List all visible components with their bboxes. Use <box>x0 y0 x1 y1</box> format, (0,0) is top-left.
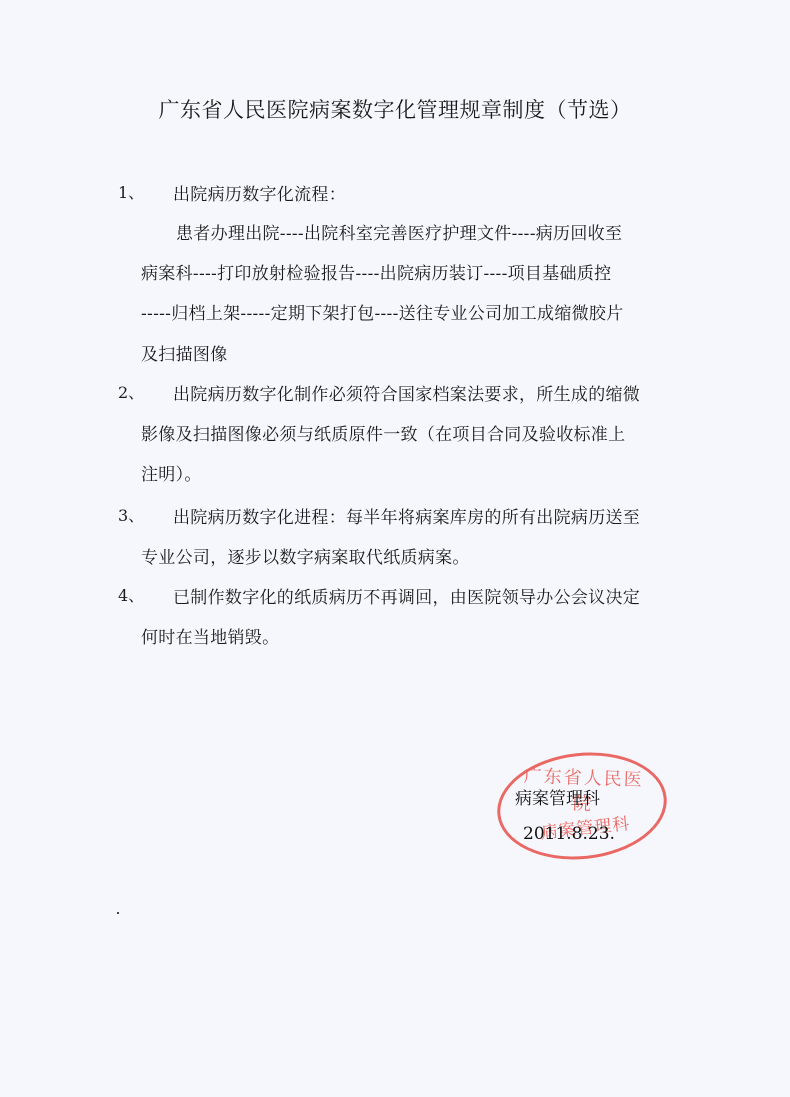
item-2-number: 2、 <box>118 380 144 403</box>
item-1-line-4: -----归档上架-----定期下架打包----送往专业公司加工成缩微胶片 <box>141 299 624 324</box>
item-2-line-3: 注明）。 <box>141 460 202 485</box>
item-4-line-2: 何时在当地销毁。 <box>141 623 279 648</box>
signature-date: 2011.8.23. <box>523 824 615 844</box>
page-title: 广东省人民医院病案数字化管理规章制度（节选） <box>0 94 790 124</box>
item-1-line-1: 出院病历数字化流程： <box>173 180 346 205</box>
item-3-line-2: 专业公司，逐步以数字病案取代纸质病案。 <box>141 543 470 568</box>
item-2-line-2: 影像及扫描图像必须与纸质原件一致（在项目合同及验收标准上 <box>141 420 625 445</box>
item-4-number: 4、 <box>118 583 144 606</box>
item-3-number: 3、 <box>118 503 144 526</box>
item-1-number: 1、 <box>118 180 144 203</box>
item-3-line-1: 出院病历数字化进程：每半年将病案库房的所有出院病历送至 <box>173 503 640 528</box>
scan-speck <box>117 912 119 914</box>
item-1-line-3: 病案科----打印放射检验报告----出院病历装订----项目基础质控 <box>141 259 611 284</box>
item-1-line-5: 及扫描图像 <box>141 340 228 365</box>
item-2-line-1: 出院病历数字化制作必须符合国家档案法要求，所生成的缩微 <box>173 380 640 405</box>
item-4-line-1: 已制作数字化的纸质病历不再调回，由医院领导办公会议决定 <box>173 583 640 608</box>
signature-department: 病案管理科 <box>515 784 600 809</box>
item-1-line-2: 患者办理出院----出院科室完善医疗护理文件----病历回收至 <box>176 219 622 244</box>
